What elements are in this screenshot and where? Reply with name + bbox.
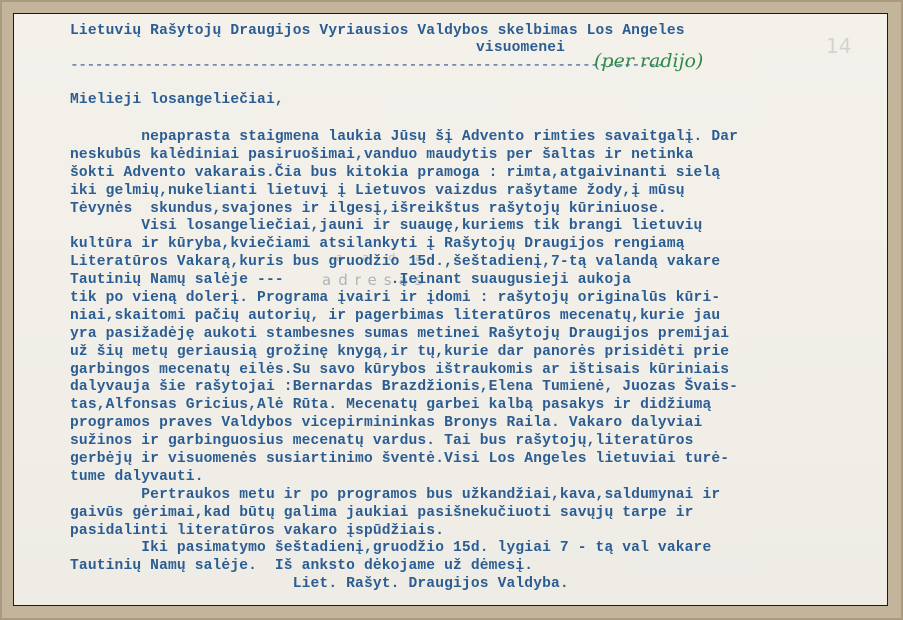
letter-line: Iki pasimatymo šeštadienį,gruodžio 15d. … bbox=[70, 540, 738, 558]
letter-line: sužinos ir garbinguosius mecenatų vardus… bbox=[70, 433, 738, 451]
letter-line: Tėvynės skundus,svajones ir ilgesį,išrei… bbox=[70, 201, 738, 219]
letter-line: Tautinių Namų salėje --- .Įeinant suaugu… bbox=[70, 272, 738, 290]
letter-line: Pertraukos metu ir po programos bus užka… bbox=[70, 487, 738, 505]
letter-line: Tautinių Namų salėje. Iš anksto dėkojame… bbox=[70, 558, 738, 576]
letter-line: yra pasižadėję aukoti stambesnes sumas m… bbox=[70, 326, 738, 344]
letter-line: iki gelmių,nukelianti lietuvį į Lietuvos… bbox=[70, 183, 738, 201]
pencil-page-number: 14 bbox=[826, 34, 851, 58]
letter-line: neskubūs kalėdiniai pasiruošimai,vanduo … bbox=[70, 147, 738, 165]
header-separator: ----------------------------------------… bbox=[70, 58, 665, 76]
letter-line: programos praves Valdybos vicepirmininka… bbox=[70, 415, 738, 433]
letter-line: Liet. Rašyt. Draugijos Valdyba. bbox=[70, 576, 738, 594]
letter-line: gaivūs gėrimai,kad būtų galima jaukiai p… bbox=[70, 505, 738, 523]
typewritten-page: Lietuvių Rašytojų Draugijos Vyriausios V… bbox=[13, 13, 888, 606]
letter-line: už šių metų geriausią grožinę knygą,ir t… bbox=[70, 344, 738, 362]
letter-line: niai,skaitomi pačių autorių, ir pagerbim… bbox=[70, 308, 738, 326]
letter-line: šokti Advento vakarais.Čia bus kitokia p… bbox=[70, 165, 738, 183]
letter-line: nepaprasta staigmena laukia Jūsų šį Adve… bbox=[70, 129, 738, 147]
letter-line: dalyvauja šie rašytojai :Bernardas Brazd… bbox=[70, 379, 738, 397]
letter-body: nepaprasta staigmena laukia Jūsų šį Adve… bbox=[70, 129, 738, 594]
letter-line: kultūra ir kūryba,kviečiami atsilankyti … bbox=[70, 236, 738, 254]
letter-line: tik po vieną dolerį. Programa įvairi ir … bbox=[70, 290, 738, 308]
letter-line: gerbėjų ir visuomenės susiartinimo švent… bbox=[70, 451, 738, 469]
letter-line: Literatūros Vakarą,kuris bus gruodžio 15… bbox=[70, 254, 738, 272]
letter-line: tume dalyvauti. bbox=[70, 469, 738, 487]
greeting: Mieliejі losangeliečiai, bbox=[70, 92, 284, 110]
letter-line: pasidalinti literatūros vakaro įspūdžiai… bbox=[70, 523, 738, 541]
handwritten-note: (per radijo) bbox=[594, 50, 703, 72]
photo-frame: Lietuvių Rašytojų Draugijos Vyriausios V… bbox=[0, 0, 903, 620]
letter-line: garbingos mecenatų eilės.Su savo kūrybos… bbox=[70, 362, 738, 380]
header-title-line2: visuomenei bbox=[476, 40, 565, 58]
header-title-line1: Lietuvių Rašytojų Draugijos Vyriausios V… bbox=[70, 23, 685, 41]
letter-line: tas,Alfonsas Gricius,Alė Rūta. Mecenatų … bbox=[70, 397, 738, 415]
letter-line: Visi losangeliečiai,jauni ir suaugę,kuri… bbox=[70, 218, 738, 236]
